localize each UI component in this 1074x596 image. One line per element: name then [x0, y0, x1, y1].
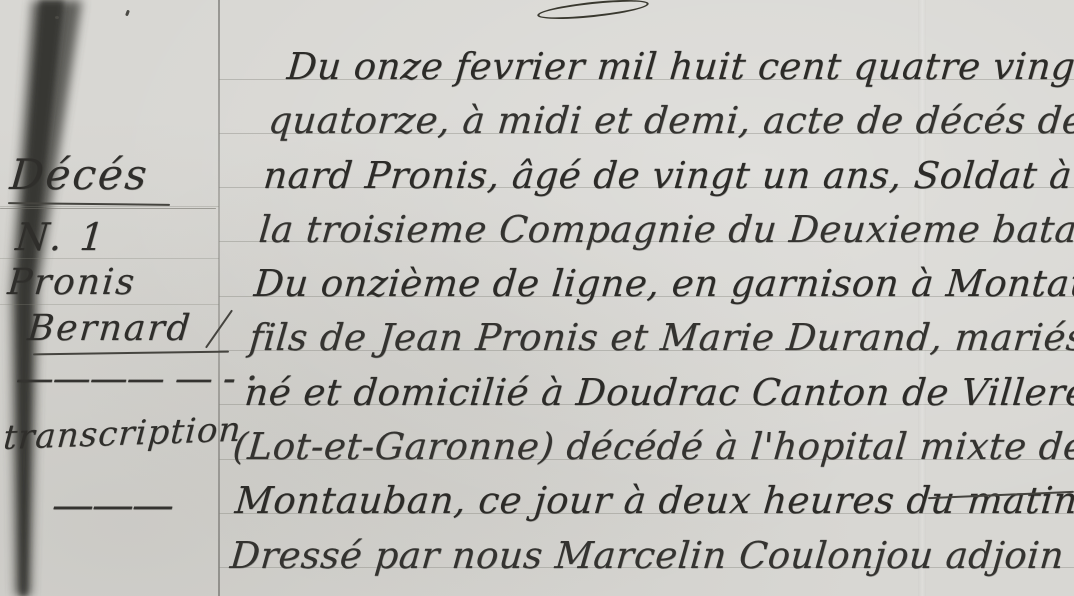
ruled-line-margin	[0, 206, 219, 207]
ink-flourish	[537, 0, 650, 23]
ruled-line-margin	[0, 304, 219, 305]
margin-act-number: N. 1	[14, 215, 109, 259]
margin-divider-line	[218, 0, 220, 596]
register-page-scan: Décés N. 1 Pronis Bernard ———— — - · tra…	[0, 0, 1074, 596]
record-text-line: nard Pronis, âgé de vingt un ans, Soldat…	[261, 149, 1074, 203]
record-text-line: Du onze fevrier mil huit cent quatre vin…	[285, 40, 1074, 94]
ink-speck	[125, 10, 130, 17]
record-text-line: quatorze, à midi et demi, acte de décés …	[266, 94, 1074, 148]
ink-speck	[55, 16, 59, 19]
margin-surname: Pronis	[6, 262, 138, 303]
record-text-line: fils de Jean Pronis et Marie Durand, mar…	[247, 311, 1074, 365]
margin-heading-deces: Décés	[8, 150, 151, 199]
record-text-line: Dressé par nous Marcelin Coulonjou adjoi…	[228, 529, 1074, 583]
margin-given-name: Bernard	[26, 308, 193, 349]
record-text-line: (Lot-et-Garonne) décédé à l'hopital mixt…	[231, 420, 1074, 474]
act-body-text: Du onze fevrier mil huit cent quatre vin…	[228, 40, 1074, 583]
margin-dash-row: ———— — - ·	[14, 356, 259, 400]
record-text-line: né et domicilié à Doudrac Canton de Vill…	[242, 366, 1074, 420]
margin-dash-row-2: ———	[50, 480, 174, 529]
margin-note-transcription: transcription	[2, 410, 243, 458]
record-text-line: Montauban, ce jour à deux heures du mati…	[233, 474, 1074, 528]
ink-underline-deces-faint	[0, 208, 216, 209]
ink-underline-bernard	[33, 351, 229, 356]
record-text-line: la troisieme Compagnie du Deuxieme batai…	[257, 203, 1074, 257]
record-text-line: Du onzième de ligne, en garnison à Monta…	[252, 257, 1074, 311]
